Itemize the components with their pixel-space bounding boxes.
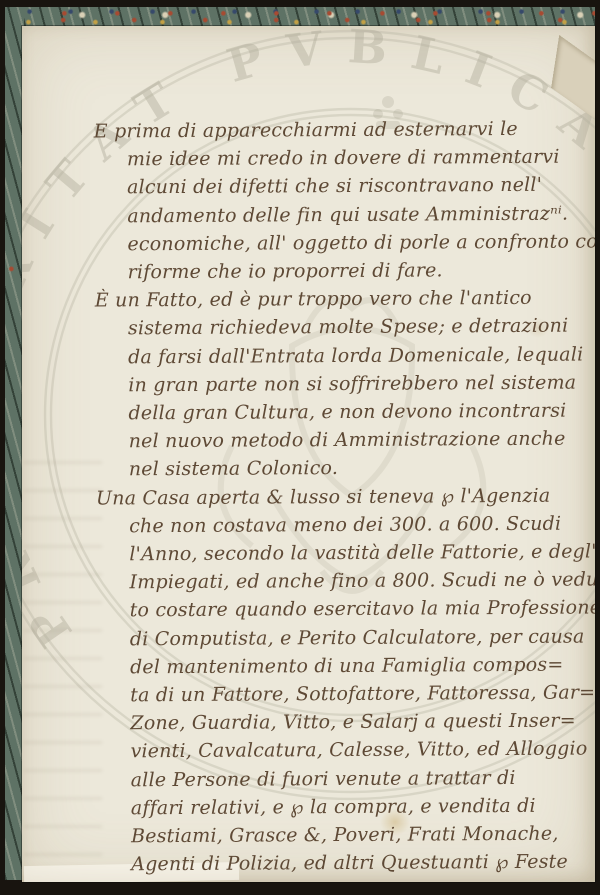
handwritten-line: Impiegati, ed anche fino a 800. Scudi ne… (129, 566, 588, 597)
handwritten-line: nel nuovo metodo di Amministrazione anch… (129, 425, 588, 456)
handwritten-line: affari relativi, e ℘ la compra, e vendit… (131, 791, 590, 822)
handwritten-line: Agenti di Polizia, ed altri Questuanti ℘… (131, 848, 590, 879)
handwritten-line: mie idee mi credo in dovere di rammentar… (127, 143, 586, 174)
handwritten-line: Zone, Guardia, Vitto, e Salarj a questi … (130, 707, 589, 738)
handwritten-line: della gran Cultura, e non devono incontr… (128, 397, 587, 428)
handwritten-line: riforme che io proporrei di fare. (128, 256, 587, 287)
handwritten-line: ta di un Fattore, Sottofattore, Fattores… (130, 679, 589, 710)
handwritten-line: Bestiami, Grasce &, Poveri, Frati Monach… (131, 820, 590, 851)
handwritten-line: alcuni dei difetti che si riscontravano … (127, 171, 586, 202)
scanned-manuscript-page: PROSPERITAT PVBLICA E pr (0, 0, 600, 895)
handwritten-line: È un Fatto, ed è pur troppo vero che l'a… (95, 284, 587, 315)
handwritten-line: alle Persone di fuori venute a trattar d… (131, 763, 590, 794)
handwritten-line: nel sistema Colonico. (129, 453, 588, 484)
handwritten-line: economiche, all' oggetto di porle a conf… (127, 227, 586, 258)
handwritten-line: to costare quando esercitavo la mia Prof… (130, 594, 589, 625)
handwritten-line: che non costava meno dei 300. a 600. Scu… (129, 509, 588, 540)
handwritten-line: andamento delle fin qui usate Amministra… (127, 199, 586, 230)
paragraph: E prima di apparecchiarmi ad esternarvi … (94, 115, 587, 287)
paper-sheet: PROSPERITAT PVBLICA E pr (22, 26, 595, 882)
handwritten-line: Una Casa aperta & lusso si teneva ℘ l'Ag… (96, 481, 588, 512)
handwritten-line: l'Anno, secondo la vastità delle Fattori… (129, 538, 588, 569)
book-marbled-edge-top (5, 7, 595, 28)
handwritten-line: E prima di apparecchiarmi ad esternarvi … (94, 115, 586, 146)
handwritten-line: da farsi dall'Entrata lorda Domenicale, … (128, 340, 587, 371)
handwritten-line: vienti, Cavalcatura, Calesse, Vitto, ed … (130, 735, 589, 766)
paragraph: È un Fatto, ed è pur troppo vero che l'a… (95, 284, 588, 484)
handwritten-line: di Computista, e Perito Calculatore, per… (130, 622, 589, 653)
handwritten-line: in gran parte non si soffrirebbero nel s… (128, 368, 587, 399)
verso-ink-showthrough (24, 446, 102, 876)
handwritten-line: del mantenimento di una Famiglia compos= (130, 650, 589, 681)
handwritten-line: sistema richiedeva molte Spese; e detraz… (128, 312, 587, 343)
manuscript-text: E prima di apparecchiarmi ad esternarvi … (94, 115, 591, 879)
paragraph: Una Casa aperta & lusso si teneva ℘ l'Ag… (96, 481, 590, 879)
